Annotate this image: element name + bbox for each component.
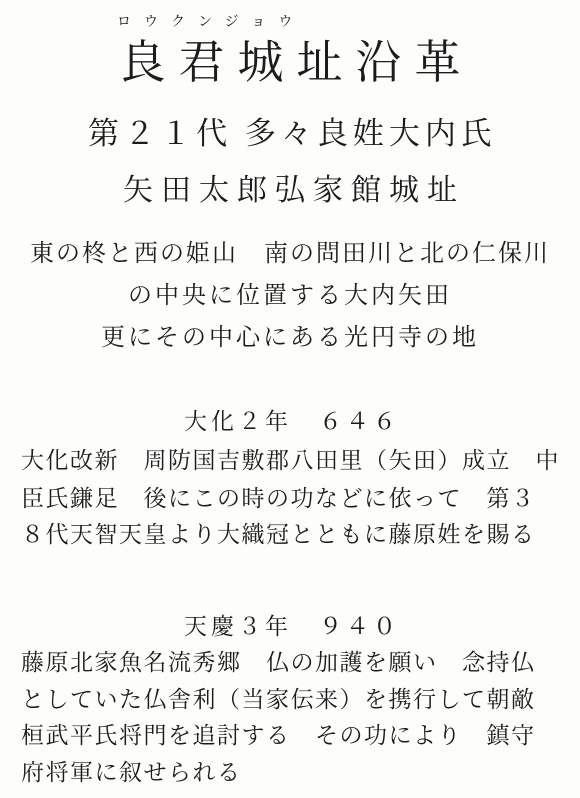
section-text-line: 藤原北家魚名流秀郷 仏の加護を願い 念持仏 <box>0 644 580 677</box>
section-text-line: 府将軍に叙せられる <box>0 754 580 787</box>
section-text-line: としていた仏舎利（当家伝来）を携行して朝敵 <box>0 681 580 714</box>
section-heading-tengyo: 天慶３年 ９４０ <box>0 608 580 641</box>
document-page: ロウクンジョウ 良君城址沿革 第２１代 多々良姓大内氏 矢田太郎弘家館城址 東の… <box>0 0 580 798</box>
intro-line: 更にその中心にある光円寺の地 <box>0 317 580 352</box>
section-text-line: 臣氏鎌足 後にこの時の功などに依って 第３ <box>0 480 580 513</box>
subtitle-castle-site: 矢田太郎弘家館城址 <box>0 165 580 209</box>
subtitle-generation: 第２１代 多々良姓大内氏 <box>0 108 580 153</box>
section-text-line: 桓武平氏将門を追討する その功により 鎮守 <box>0 717 580 750</box>
section-text-line: 大化改新 周防国吉敷郡八田里（矢田）成立 中 <box>0 442 580 475</box>
page-title: 良君城址沿革 <box>0 26 580 92</box>
intro-line: 東の柊と西の姫山 南の問田川と北の仁保川 <box>0 233 580 268</box>
intro-line: の中央に位置する大内矢田 <box>0 275 580 310</box>
section-heading-taika: 大化２年 ６４６ <box>0 403 580 436</box>
section-text-line: ８代天智天皇より大織冠とともに藤原姓を賜る <box>0 516 580 549</box>
